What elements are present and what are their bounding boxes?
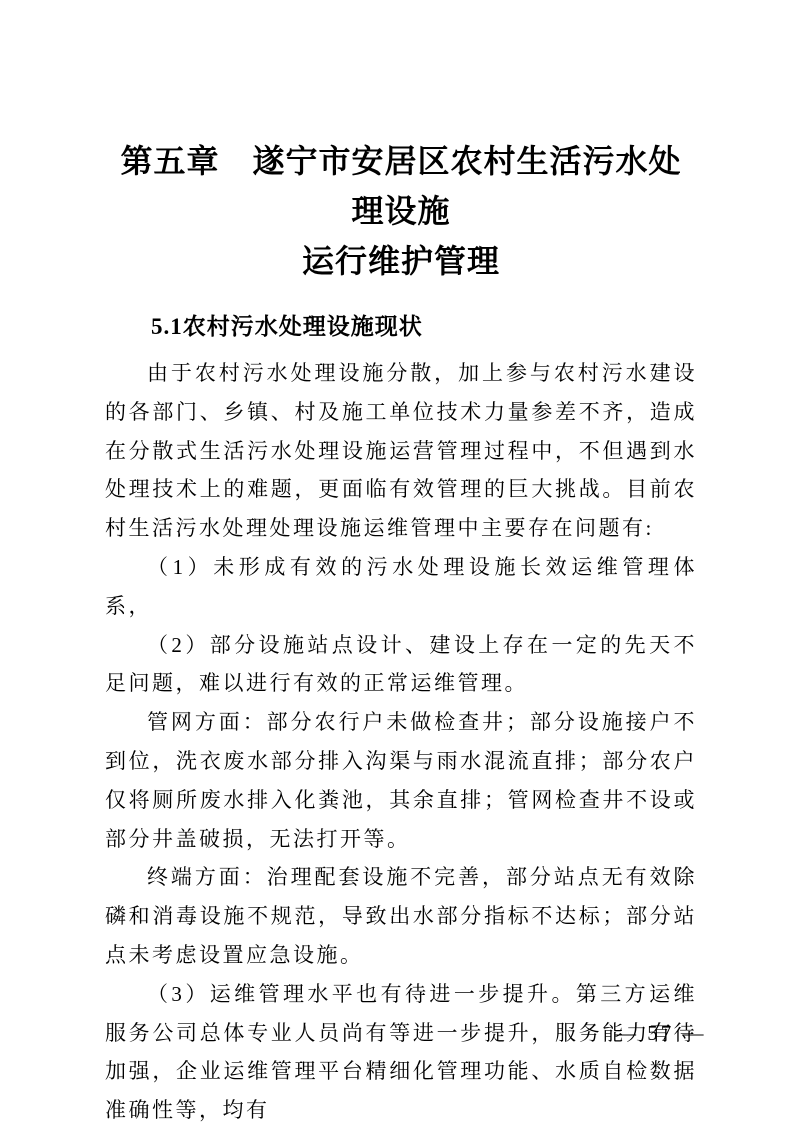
section-heading: 5.1农村污水处理设施现状	[105, 312, 697, 342]
paragraph-item-2: （2）部分设施站点设计、建设上存在一定的先天不足问题，难以进行有效的正常运维管理…	[105, 626, 697, 704]
paragraph-pipe-network: 管网方面：部分农行户未做检查井；部分设施接户不到位，洗衣废水部分排入沟渠与雨水混…	[105, 703, 697, 858]
page-content: 第五章 遂宁市安居区农村生活污水处理设施运行维护管理 5.1农村污水处理设施现状…	[105, 136, 697, 1122]
chapter-title-line2: 运行维护管理	[302, 243, 500, 279]
page-number: — 57 —	[615, 1021, 707, 1046]
paragraph-intro: 由于农村污水处理设施分散，加上参与农村污水建设的各部门、乡镇、村及施工单位技术力…	[105, 354, 697, 548]
paragraph-item-3: （3）运维管理水平也有待进一步提升。第三方运维服务公司总体专业人员尚有等进一步提…	[105, 975, 697, 1122]
document-page: 第五章 遂宁市安居区农村生活污水处理设施运行维护管理 5.1农村污水处理设施现状…	[0, 0, 793, 1122]
paragraph-terminal: 终端方面：治理配套设施不完善，部分站点无有效除磷和消毒设施不规范，导致出水部分指…	[105, 858, 697, 974]
chapter-title-line1: 第五章 遂宁市安居区农村生活污水处理设施	[120, 143, 681, 229]
paragraph-item-1: （1）未形成有效的污水处理设施长效运维管理体系，	[105, 548, 697, 626]
chapter-title: 第五章 遂宁市安居区农村生活污水处理设施运行维护管理	[105, 136, 697, 286]
